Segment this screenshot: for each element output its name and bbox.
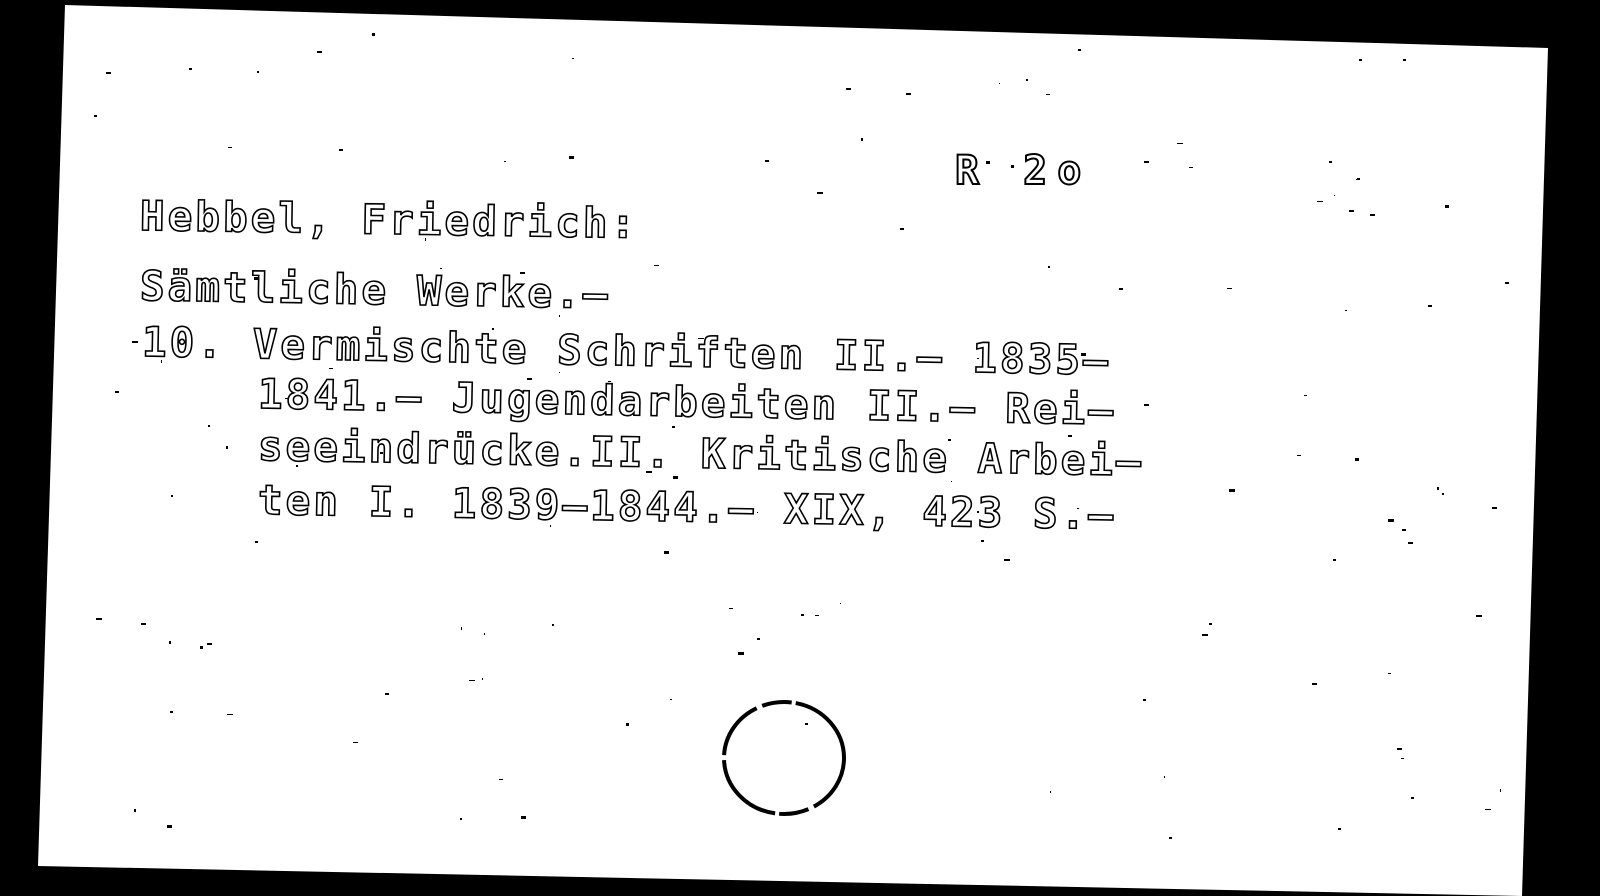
title-line: Sämtliche Werke.– <box>140 262 611 318</box>
call-number: R 2o <box>955 148 1091 194</box>
author-heading: Hebbel, Friedrich: <box>140 192 639 248</box>
